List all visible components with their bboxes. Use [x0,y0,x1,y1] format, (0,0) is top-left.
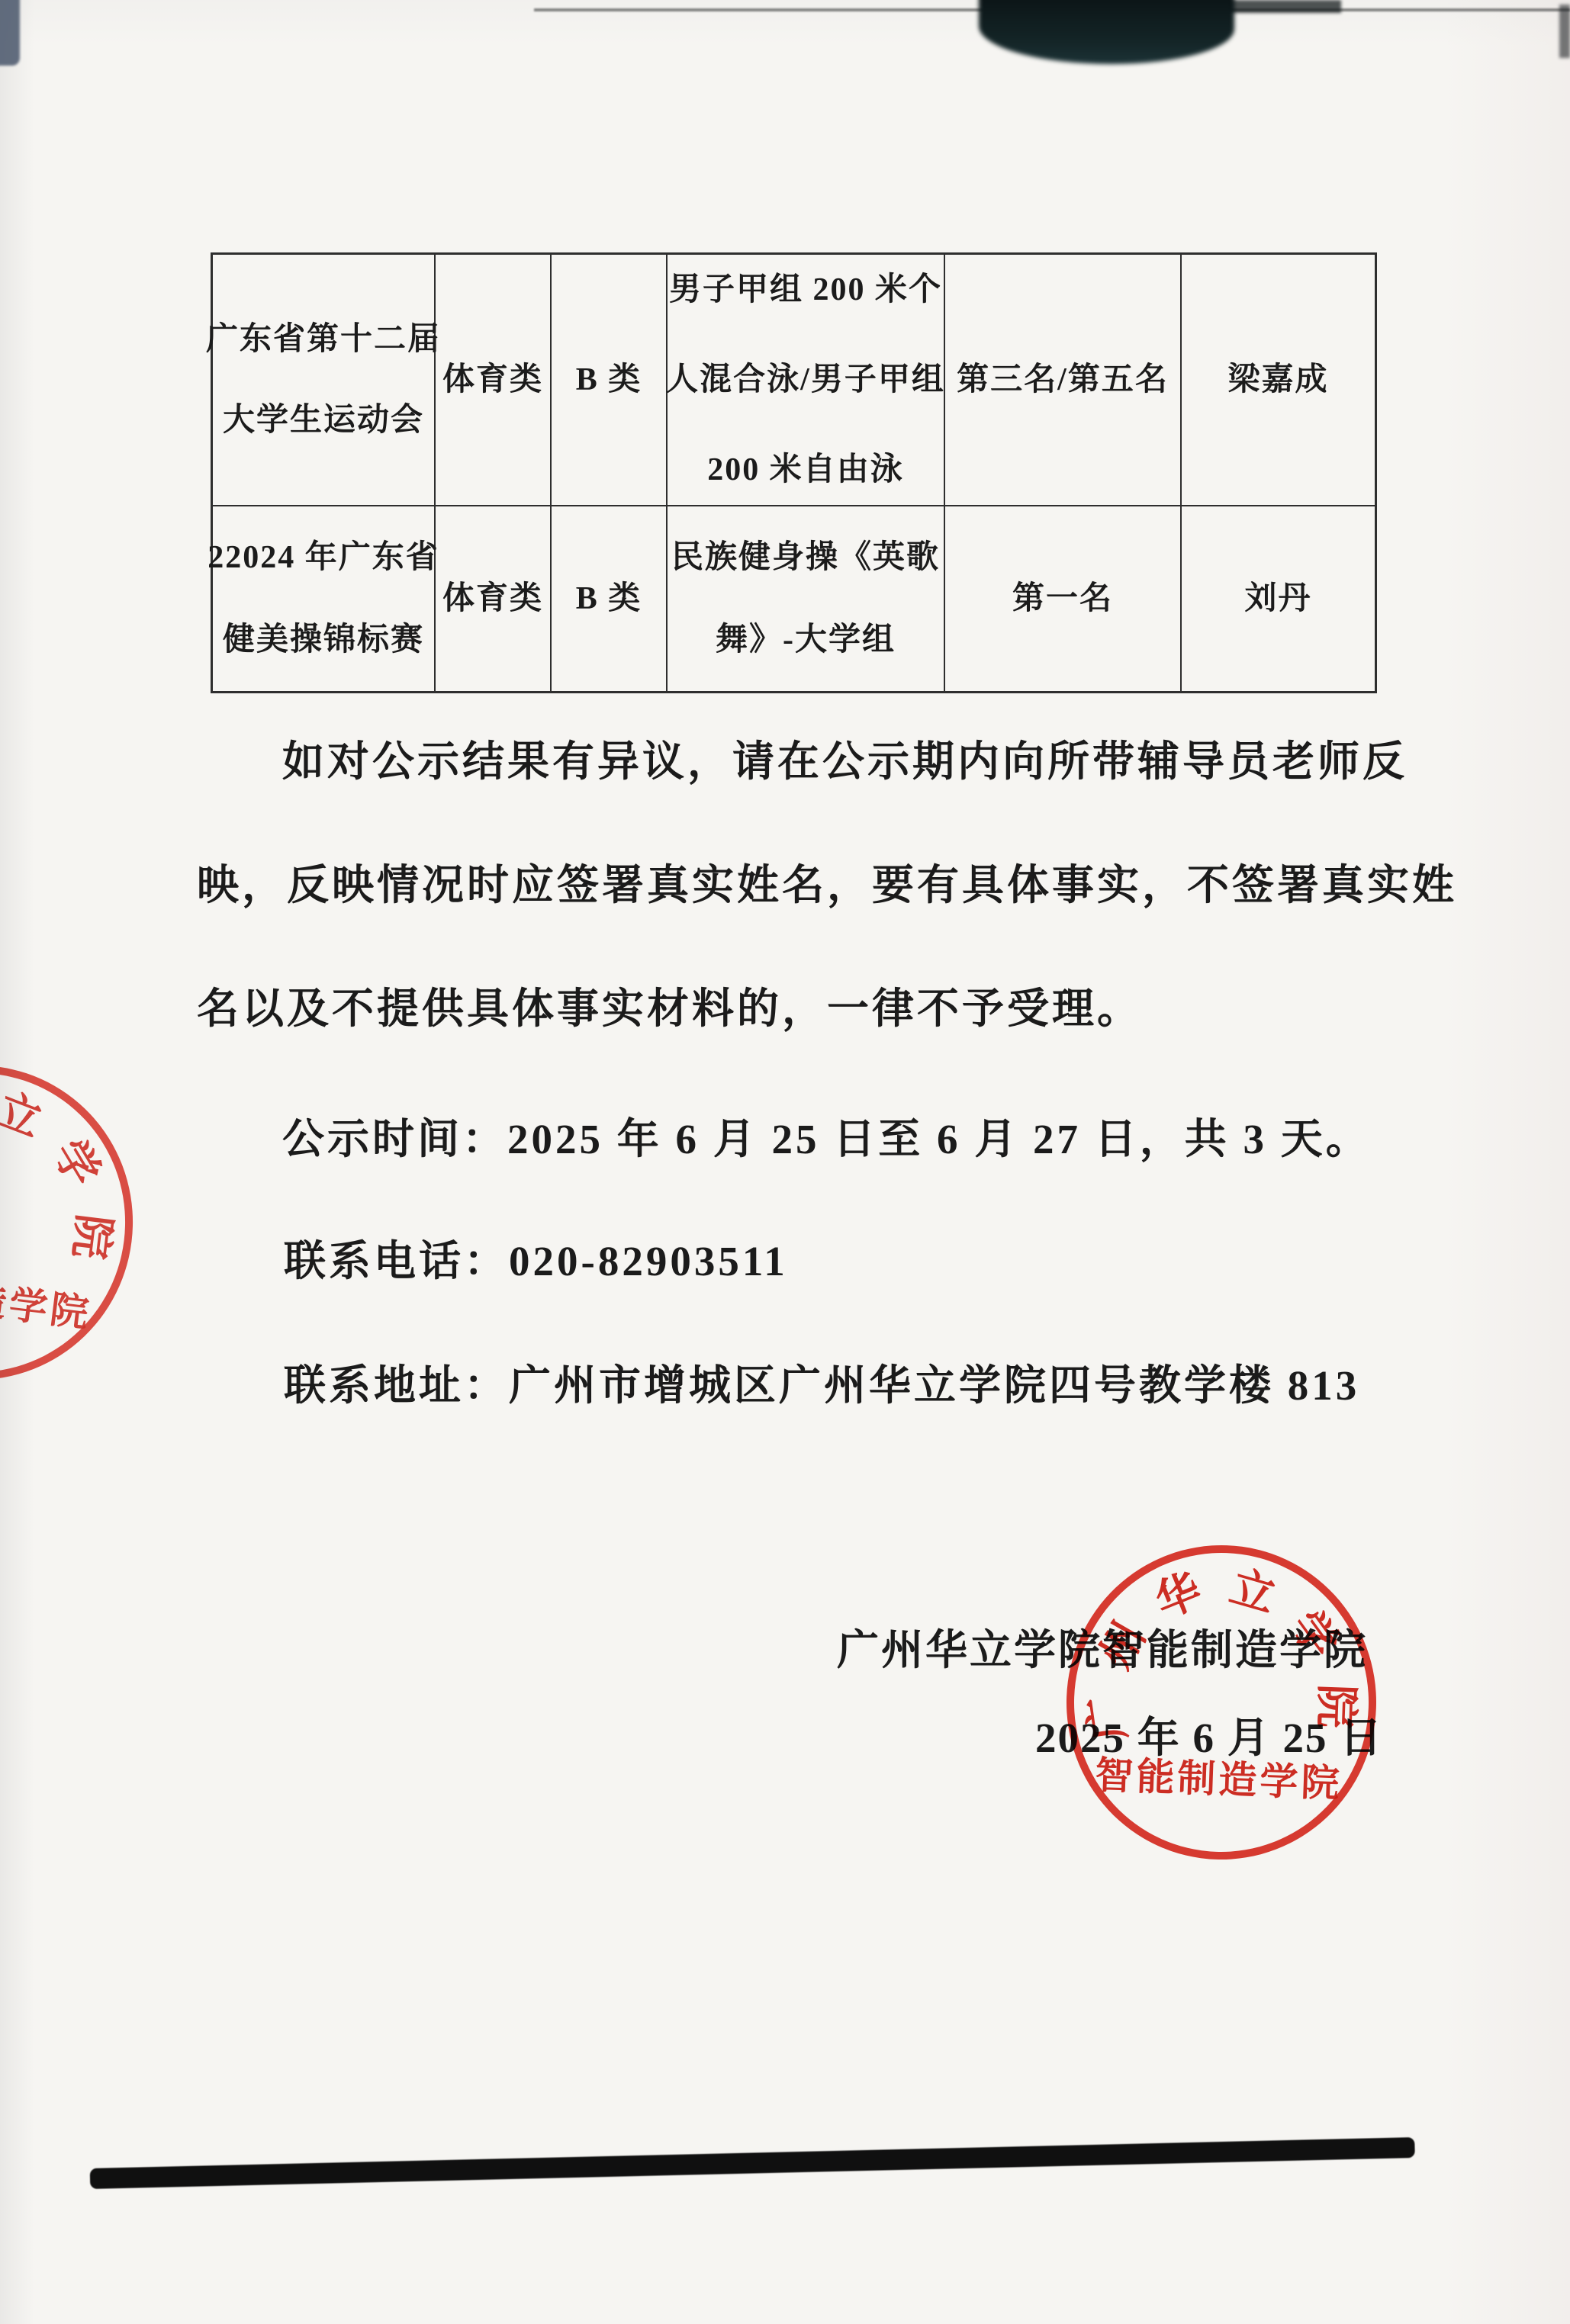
student-name: 梁嘉成 [1227,364,1328,396]
table-cell-competition: 广东省第十二届 大学生运动会 [213,255,436,506]
table-cell-level: B 类 [552,506,668,691]
scan-corner-mark [0,0,20,66]
event-line: 人混合泳/男子甲组 [666,364,945,396]
competition-line: 大学生运动会 [223,404,424,436]
event-line: 民族健身操《英歌 [671,542,940,574]
contact-address-line: 联系地址：广州市增城区广州华立学院四号教学楼 813 [284,1365,1359,1406]
competition-line: 广东省第十二届 [206,323,441,355]
paragraph-line-1: 如对公示结果有异议，请在公示期内向所带辅导员老师反 [282,741,1408,783]
level-value: B 类 [576,364,642,396]
level-value: B 类 [576,583,642,615]
competition-line: 健美操锦标赛 [223,624,424,656]
scanner-clip-blob [979,0,1234,64]
scanned-document-page: 广东省第十二届 大学生运动会 体育类 B 类 男子甲组 200 米个 人混合泳/… [0,0,1570,2324]
award-value: 第一名 [1012,583,1113,615]
seal-arc-char: 广 [1083,1693,1133,1744]
scan-shadow-segment [1219,0,1341,13]
paragraph-line-2: 映，反映情况时应签署真实姓名，要有具体事实，不签署真实姓 [197,864,1457,906]
table-cell-student: 刘丹 [1182,506,1375,691]
seal-bottom-text: 智能制造学院 [1063,1755,1374,1804]
paragraph-line-3: 名以及不提供具体事实材料的，一律不予受理。 [197,988,1142,1030]
official-seal-left-partial: 广 州 华 立 学 院 智能制造学院 [0,1048,151,1397]
event-line: 舞》-大学组 [716,624,896,656]
table-cell-student: 梁嘉成 [1182,255,1375,506]
table-cell-competition: 22024 年广东省 健美操锦标赛 [213,506,436,691]
table-cell-level: B 类 [552,255,668,506]
awards-table: 广东省第十二届 大学生运动会 体育类 B 类 男子甲组 200 米个 人混合泳/… [211,252,1377,693]
event-line: 200 米自由泳 [707,454,904,486]
student-name: 刘丹 [1244,583,1311,615]
seal-arc-char: 院 [67,1212,117,1262]
table-cell-category: 体育类 [436,506,552,691]
competition-line: 22024 年广东省 [208,542,439,574]
contact-phone-line: 联系电话：020-82903511 [284,1240,788,1282]
publicity-period-line: 公示时间：2025 年 6 月 25 日至 6 月 27 日，共 3 天。 [282,1118,1371,1160]
table-cell-award: 第一名 [945,506,1182,691]
table-cell-award: 第三名/第五名 [945,255,1182,506]
seal-arc-char: 院 [1313,1683,1359,1729]
scan-edge-mark [1559,5,1570,58]
bottom-black-bar [90,2137,1415,2189]
event-line: 男子甲组 200 米个 [669,274,942,306]
table-cell-event: 男子甲组 200 米个 人混合泳/男子甲组 200 米自由泳 [668,255,945,506]
table-cell-category: 体育类 [436,255,552,506]
table-cell-event: 民族健身操《英歌 舞》-大学组 [668,506,945,691]
official-seal: 广 州 华 立 学 院 智能制造学院 [1061,1540,1382,1865]
category-value: 体育类 [442,583,543,615]
category-value: 体育类 [442,364,543,396]
award-value: 第三名/第五名 [957,364,1169,396]
